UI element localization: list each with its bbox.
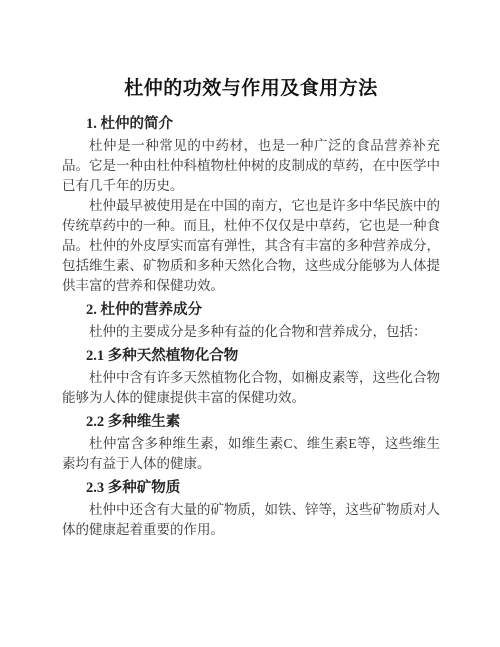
section-1-paragraph-2: 杜仲最早被使用是在中国的南方，它也是许多中华民族中的传统草药中的一种。而且，杜仲… xyxy=(62,196,440,296)
document-title: 杜仲的功效与作用及食用方法 xyxy=(62,76,440,102)
subsection-2-3-heading: 2.3 多种矿物质 xyxy=(86,478,440,498)
subsection-2-2-paragraph: 杜仲富含多种维生素，如维生素C、维生素E等，这些维生素均有益于人体的健康。 xyxy=(62,434,440,474)
subsection-2-1-paragraph: 杜仲中含有许多天然植物化合物，如槲皮素等，这些化合物能够为人体的健康提供丰富的保… xyxy=(62,368,440,408)
subsection-2-1-heading: 2.1 多种天然植物化合物 xyxy=(86,346,440,366)
subsection-2-2-heading: 2.2 多种维生素 xyxy=(86,412,440,432)
section-2-intro-paragraph: 杜仲的主要成分是多种有益的化合物和营养成分，包括： xyxy=(62,322,440,342)
section-1-paragraph-1: 杜仲是一种常见的中药材，也是一种广泛的食品营养补充品。它是一种由杜仲科植物杜仲树… xyxy=(62,136,440,196)
section-2-heading: 2. 杜仲的营养成分 xyxy=(86,300,440,320)
document-page: 杜仲的功效与作用及食用方法 1. 杜仲的简介 杜仲是一种常见的中药材，也是一种广… xyxy=(0,0,500,647)
subsection-2-3-paragraph: 杜仲中还含有大量的矿物质，如铁、锌等，这些矿物质对人体的健康起着重要的作用。 xyxy=(62,500,440,540)
section-1-heading: 1. 杜仲的简介 xyxy=(86,114,440,134)
